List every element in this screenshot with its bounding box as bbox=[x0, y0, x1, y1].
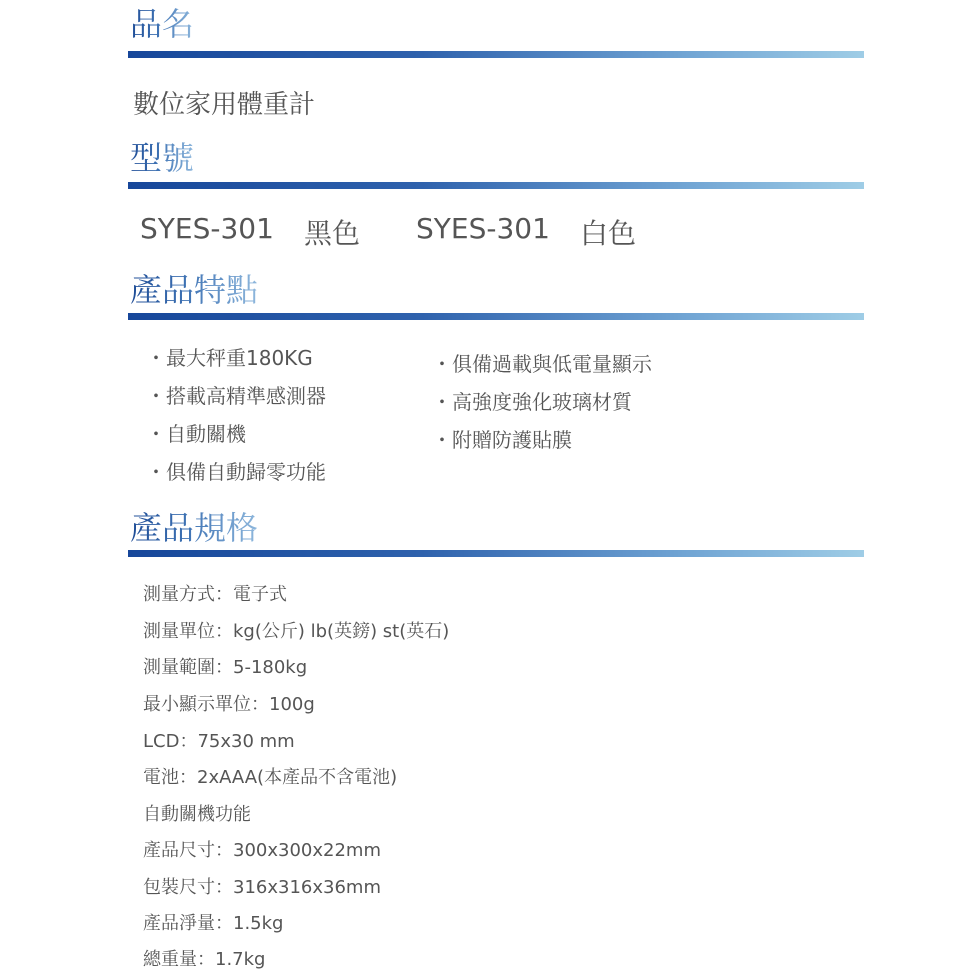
feature-item: ・俱備過載與低電量顯示 bbox=[432, 350, 652, 378]
feature-item: ・搭載高精準感測器 bbox=[146, 382, 326, 410]
section-divider bbox=[128, 313, 864, 320]
product-name-value: 數位家用體重計 bbox=[133, 84, 315, 121]
spec-line: LCD：75x30 mm bbox=[143, 730, 295, 754]
section-title-features: 產品特點 bbox=[130, 272, 258, 308]
feature-item: ・俱備自動歸零功能 bbox=[146, 458, 326, 486]
feature-item: ・附贈防護貼膜 bbox=[432, 426, 572, 454]
spec-line: 測量範圍：5-180kg bbox=[143, 656, 307, 680]
spec-line: 產品尺寸：300x300x22mm bbox=[143, 839, 381, 863]
section-divider bbox=[128, 550, 864, 557]
section-title-model: 型號 bbox=[130, 140, 194, 176]
model-code-black: SYES-301 bbox=[140, 212, 274, 245]
spec-line: 測量方式：電子式 bbox=[143, 583, 287, 607]
spec-line: 電池：2xAAA(本產品不含電池) bbox=[143, 766, 397, 790]
model-color-black: 黑色 bbox=[304, 212, 360, 252]
spec-line: 產品淨量：1.5kg bbox=[143, 912, 283, 936]
spec-line: 最小顯示單位：100g bbox=[143, 693, 315, 717]
section-title-product-name: 品名 bbox=[130, 6, 194, 42]
spec-line: 自動關機功能 bbox=[143, 803, 251, 827]
feature-item: ・最大秤重180KG bbox=[146, 344, 313, 372]
model-color-white: 白色 bbox=[580, 212, 636, 252]
feature-item: ・高強度強化玻璃材質 bbox=[432, 388, 632, 416]
section-divider bbox=[128, 182, 864, 189]
spec-line: 測量單位：kg(公斤) lb(英鎊) st(英石) bbox=[143, 620, 449, 644]
spec-line: 包裝尺寸：316x316x36mm bbox=[143, 876, 381, 900]
spec-line: 總重量：1.7kg bbox=[143, 948, 265, 972]
section-title-specs: 產品規格 bbox=[130, 510, 258, 546]
feature-item: ・自動關機 bbox=[146, 420, 246, 448]
model-code-white: SYES-301 bbox=[416, 212, 550, 245]
section-divider bbox=[128, 51, 864, 58]
